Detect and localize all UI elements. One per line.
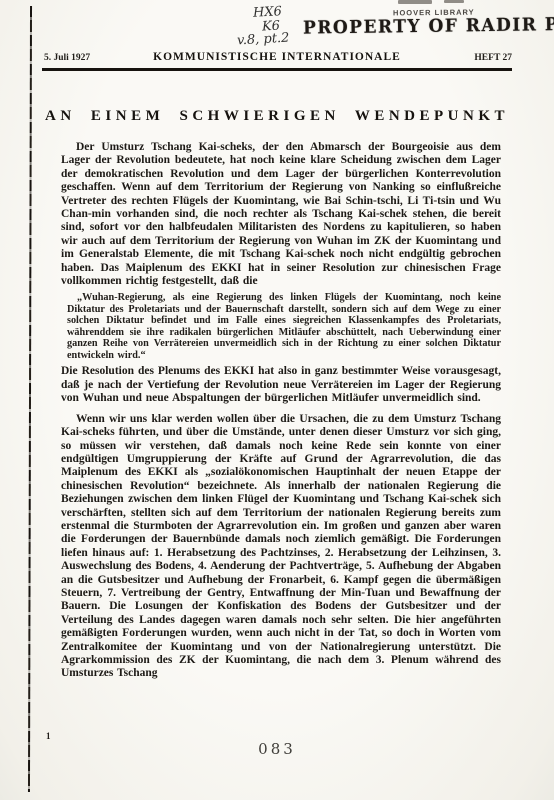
stamp-smudge xyxy=(444,0,464,3)
property-stamp: PROPERTY OF RADIR PROJECT xyxy=(303,13,554,39)
block-quote: „Wuhan-Regierung, als eine Regierung des… xyxy=(67,292,501,361)
page-number-stamp: 083 xyxy=(42,740,512,758)
paragraph-1: Der Umsturz Tschang Kai-scheks, der den … xyxy=(61,141,501,288)
stamp-smudge xyxy=(398,0,432,4)
journal-title: KOMMUNISTISCHE INTERNATIONALE xyxy=(42,51,512,63)
header-rule xyxy=(42,68,512,71)
paragraph-2: Die Resolution des Plenums des EKKI hat … xyxy=(61,365,501,405)
call-number-line3: v.8, pt.2 xyxy=(237,32,290,48)
binding-crease-line xyxy=(28,6,32,792)
paragraph-3: Wenn wir uns klar werden wollen über die… xyxy=(61,413,501,681)
article-title: AN EINEM SCHWIERIGEN WENDEPUNKT xyxy=(42,108,512,125)
scanned-document-page: HX6 K6 v.8, pt.2 HOOVER LIBRARY PROPERTY… xyxy=(0,0,554,800)
article-body: Der Umsturz Tschang Kai-scheks, der den … xyxy=(61,141,501,685)
call-number-line1: HX6 xyxy=(253,5,283,19)
issue-number: HEFT 27 xyxy=(474,53,512,63)
